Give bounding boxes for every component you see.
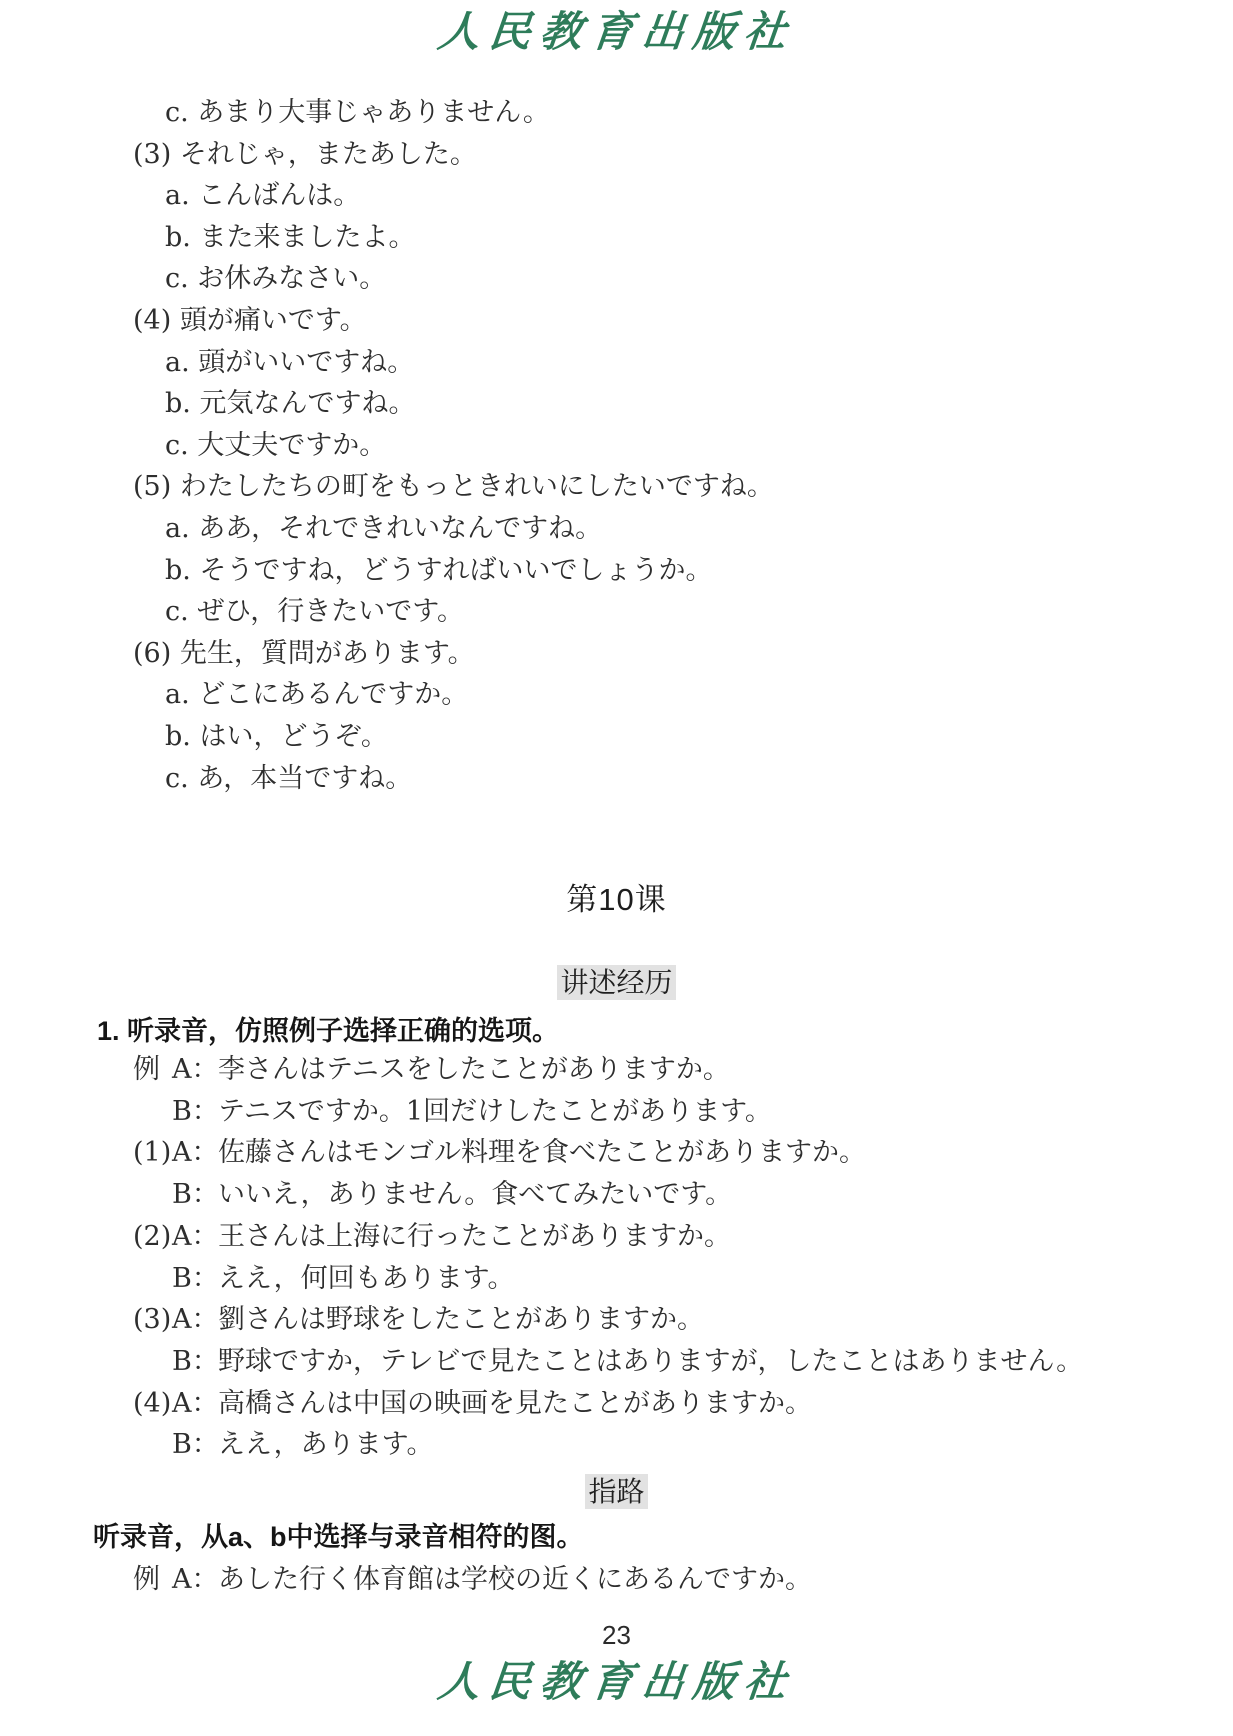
dialog-speaker: A：	[172, 1216, 218, 1258]
lesson-title: 第10课	[0, 880, 1233, 920]
option-text: c. ぜひ，行きたいです。	[165, 596, 464, 627]
dialog-line: (2)A：王さんは上海に行ったことがありますか。	[0, 1216, 1233, 1258]
dialog-text: 佐藤さんはモンゴル料理を食べたことがありますか。	[218, 1132, 866, 1174]
dialog-speaker: B：	[172, 1174, 218, 1216]
exercise-2-instruction-text: 听录音，从a、b中选择与录音相符的图。	[93, 1522, 584, 1552]
dialog-line: B：ええ，あります。	[0, 1424, 1233, 1466]
exercise-1-number: 1.	[97, 1011, 127, 1051]
exercise-1-instruction: 1.听录音，仿照例子选择正确的选项。	[97, 1011, 559, 1051]
dialog-line: 例A：李さんはテニスをしたことがありますか。	[0, 1049, 1233, 1091]
answer-option-line: a. こんばんは。	[0, 175, 1233, 217]
dialog-text: 王さんは上海に行ったことがありますか。	[218, 1216, 731, 1258]
section-heading-2: 指路	[0, 1472, 1233, 1512]
answer-option-line: c. 大丈夫ですか。	[0, 425, 1233, 467]
question-text: (4) 頭が痛いです。	[133, 305, 367, 336]
previous-exercise-options: c. あまり大事じゃありません。 (3) それじゃ，またあした。 a. こんばん…	[0, 92, 1233, 799]
dialog-line: B：テニスですか。1回だけしたことがあります。	[0, 1091, 1233, 1133]
dialog-speaker: B：	[172, 1091, 218, 1133]
answer-option-line: c. あまり大事じゃありません。	[0, 92, 1233, 134]
answer-option-line: c. お休みなさい。	[0, 258, 1233, 300]
option-text: b. また来ましたよ。	[165, 222, 415, 253]
dialog-item-label	[133, 1258, 172, 1300]
footer-logo-band: 人民教育出版社	[0, 1656, 1233, 1708]
dialog-text: ええ，何回もあります。	[218, 1258, 514, 1300]
dialog-line: B：ええ，何回もあります。	[0, 1258, 1233, 1300]
dialog-line: B：いいえ，ありません。食べてみたいです。	[0, 1174, 1233, 1216]
dialog-speaker: A：	[172, 1383, 218, 1425]
dialog-item-label	[133, 1341, 172, 1383]
option-text: a. どこにあるんですか。	[165, 679, 468, 710]
dialog-text: 野球ですか，テレビで見たことはありますが，したことはありません。	[218, 1341, 1083, 1383]
answer-option-line: a. どこにあるんですか。	[0, 674, 1233, 716]
dialog-line: (4)A：高橋さんは中国の映画を見たことがありますか。	[0, 1383, 1233, 1425]
exercise-2-dialog: 例A：あした行く体育館は学校の近くにあるんですか。	[0, 1559, 1233, 1601]
dialog-speaker: B：	[172, 1258, 218, 1300]
answer-option-line: b. はい，どうぞ。	[0, 716, 1233, 758]
question-line: (5) わたしたちの町をもっときれいにしたいですね。	[0, 466, 1233, 508]
question-text: (3) それじゃ，またあした。	[133, 139, 477, 170]
answer-option-line: b. そうですね，どうすればいいでしょうか。	[0, 550, 1233, 592]
textbook-page: 人民教育出版社 c. あまり大事じゃありません。 (3) それじゃ，またあした。…	[0, 0, 1233, 1736]
dialog-text: 高橋さんは中国の映画を見たことがありますか。	[218, 1383, 812, 1425]
dialog-item-label: (4)	[133, 1383, 172, 1425]
option-text: b. 元気なんですね。	[165, 388, 415, 419]
dialog-item-label: (3)	[133, 1299, 172, 1341]
dialog-item-label: 例	[133, 1559, 172, 1601]
answer-option-line: a. 頭がいいですね。	[0, 342, 1233, 384]
option-text: a. ああ，それできれいなんですね。	[165, 513, 602, 544]
dialog-line: B：野球ですか，テレビで見たことはありますが，したことはありません。	[0, 1341, 1233, 1383]
question-line: (4) 頭が痛いです。	[0, 300, 1233, 342]
option-text: c. お休みなさい。	[165, 263, 386, 294]
answer-option-line: a. ああ，それできれいなんですね。	[0, 508, 1233, 550]
question-line: (3) それじゃ，またあした。	[0, 134, 1233, 176]
answer-option-line: b. また来ましたよ。	[0, 217, 1233, 259]
exercise-1-instruction-text: 听录音，仿照例子选择正确的选项。	[127, 1016, 559, 1046]
dialog-text: いいえ，ありません。食べてみたいです。	[218, 1174, 732, 1216]
dialog-item-label: (1)	[133, 1132, 172, 1174]
answer-option-line: c. あ，本当ですね。	[0, 758, 1233, 800]
section-heading-1-text: 讲述经历	[557, 965, 675, 1000]
section-heading-2-text: 指路	[585, 1474, 647, 1509]
question-text: (6) 先生，質問があります。	[133, 638, 475, 669]
dialog-item-label	[133, 1424, 172, 1466]
page-number: 23	[0, 1618, 1233, 1652]
dialog-text: テニスですか。1回だけしたことがあります。	[218, 1091, 772, 1133]
dialog-item-label: (2)	[133, 1216, 172, 1258]
option-text: c. あまり大事じゃありません。	[165, 97, 550, 128]
dialog-speaker: A：	[172, 1559, 218, 1601]
answer-option-line: c. ぜひ，行きたいです。	[0, 591, 1233, 633]
dialog-line: 例A：あした行く体育館は学校の近くにあるんですか。	[0, 1559, 1233, 1601]
question-line: (6) 先生，質問があります。	[0, 633, 1233, 675]
option-text: b. そうですね，どうすればいいでしょうか。	[165, 555, 712, 586]
question-text: (5) わたしたちの町をもっときれいにしたいですね。	[133, 471, 774, 502]
exercise-1-dialog: 例A：李さんはテニスをしたことがありますか。 B：テニスですか。1回だけしたこと…	[0, 1049, 1233, 1466]
section-heading-1: 讲述经历	[0, 963, 1233, 1003]
dialog-line: (1)A：佐藤さんはモンゴル料理を食べたことがありますか。	[0, 1132, 1233, 1174]
dialog-speaker: A：	[172, 1299, 218, 1341]
dialog-text: あした行く体育館は学校の近くにあるんですか。	[218, 1559, 812, 1601]
option-text: c. 大丈夫ですか。	[165, 430, 386, 461]
option-text: a. こんばんは。	[165, 180, 360, 211]
option-text: b. はい，どうぞ。	[165, 721, 388, 752]
dialog-item-label	[133, 1174, 172, 1216]
dialog-item-label	[133, 1091, 172, 1133]
dialog-speaker: B：	[172, 1341, 218, 1383]
publisher-logo: 人民教育出版社	[435, 1656, 797, 1708]
dialog-line: (3)A：劉さんは野球をしたことがありますか。	[0, 1299, 1233, 1341]
dialog-speaker: B：	[172, 1424, 218, 1466]
dialog-text: 李さんはテニスをしたことがありますか。	[218, 1049, 730, 1091]
header-logo-band: 人民教育出版社	[0, 6, 1233, 58]
dialog-speaker: A：	[172, 1132, 218, 1174]
publisher-logo: 人民教育出版社	[435, 6, 797, 58]
exercise-2-instruction: 听录音，从a、b中选择与录音相符的图。	[93, 1517, 584, 1557]
dialog-text: ええ，あります。	[218, 1424, 433, 1466]
dialog-speaker: A：	[172, 1049, 218, 1091]
option-text: c. あ，本当ですね。	[165, 763, 412, 794]
answer-option-line: b. 元気なんですね。	[0, 383, 1233, 425]
option-text: a. 頭がいいですね。	[165, 347, 414, 378]
dialog-item-label: 例	[133, 1049, 172, 1091]
dialog-text: 劉さんは野球をしたことがありますか。	[218, 1299, 704, 1341]
